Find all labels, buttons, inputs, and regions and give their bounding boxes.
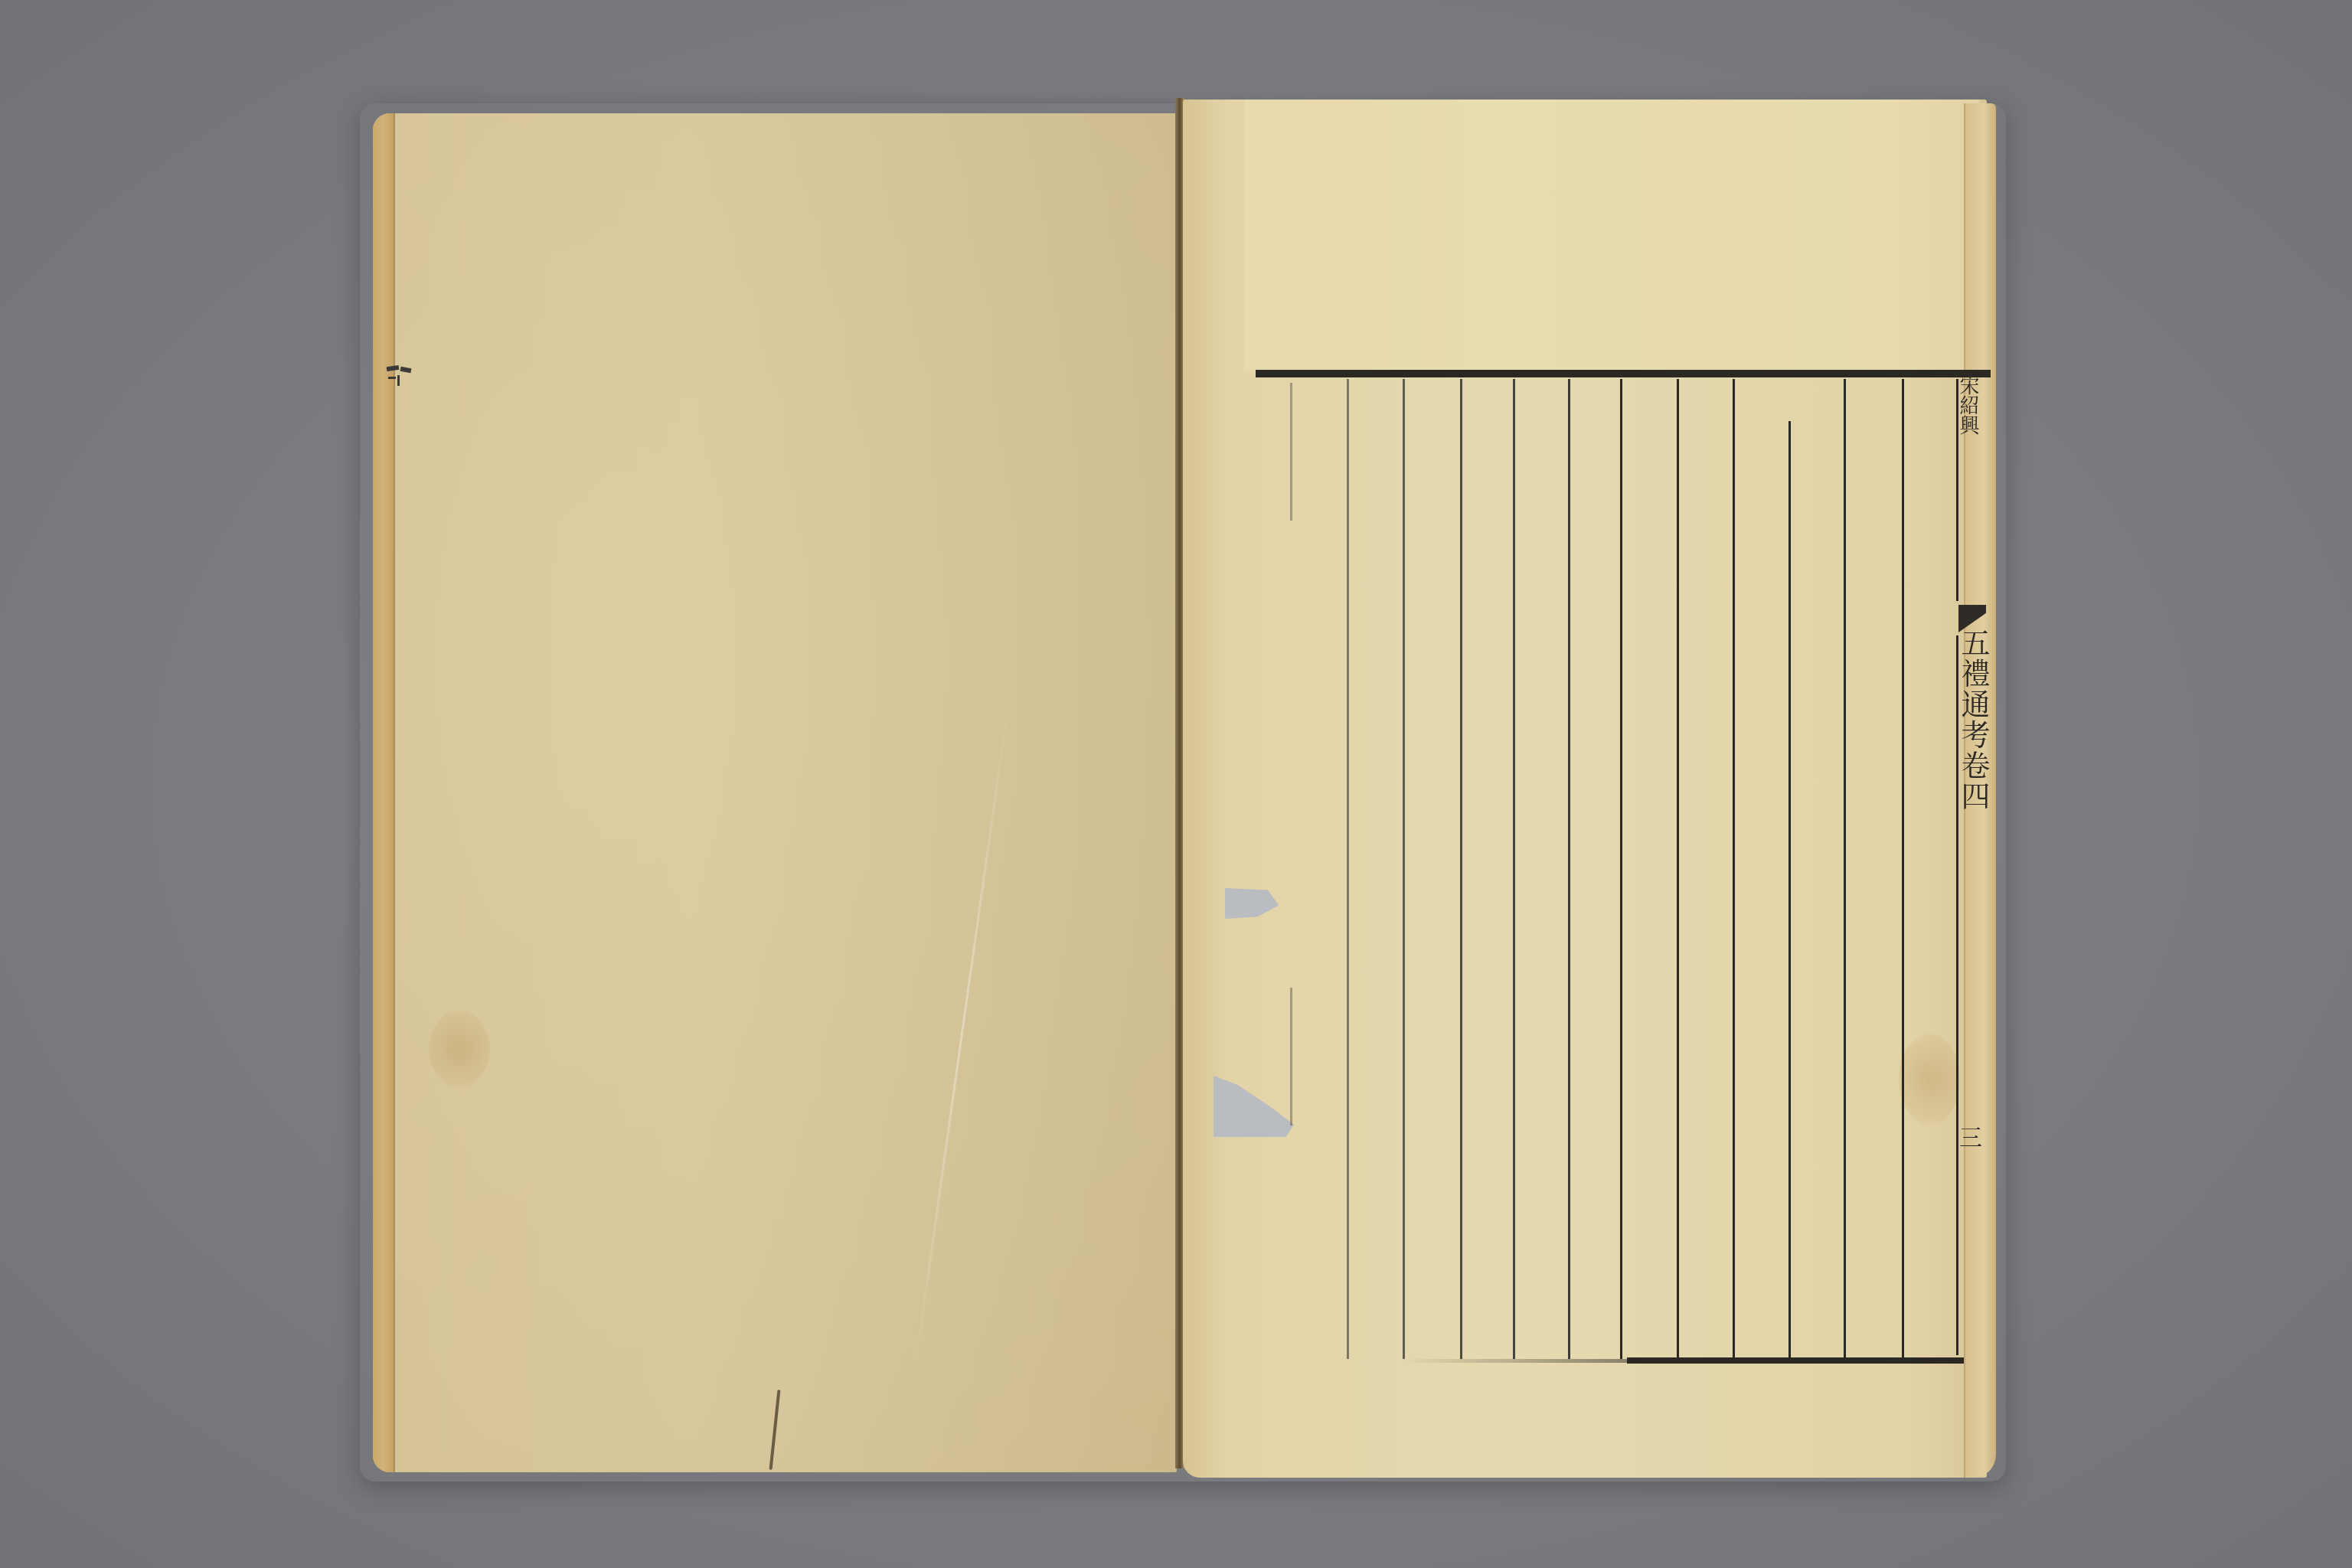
- frame-top-border: [1256, 370, 1991, 377]
- left-stain: [429, 1011, 490, 1087]
- column-rule: [1902, 379, 1904, 1359]
- column-rule: [1290, 988, 1292, 1125]
- left-page: [373, 113, 1177, 1472]
- fold-page-number: 三: [1962, 1125, 1984, 1148]
- column-rule: [1620, 379, 1622, 1359]
- column-rule: [1788, 421, 1791, 1359]
- left-binding-edge: [373, 113, 395, 1472]
- right-page-top-margin: [1244, 100, 1979, 371]
- column-rule: [1844, 379, 1846, 1359]
- frame-bottom-faded: [1401, 1359, 1631, 1363]
- right-stain: [1899, 1034, 1960, 1125]
- left-margin-mark: [387, 366, 417, 387]
- fold-top-text: 宋紹興: [1956, 375, 1979, 435]
- column-rule: [1403, 379, 1405, 1359]
- column-rule: [1568, 379, 1570, 1359]
- column-rule: [1290, 383, 1292, 521]
- column-rule: [1460, 379, 1462, 1359]
- column-rule: [1347, 379, 1349, 1359]
- fold-margin-title: 五禮通考卷四: [1960, 628, 1991, 812]
- column-rule: [1733, 379, 1735, 1359]
- column-rule: [1513, 379, 1515, 1359]
- column-rule: [1677, 379, 1679, 1359]
